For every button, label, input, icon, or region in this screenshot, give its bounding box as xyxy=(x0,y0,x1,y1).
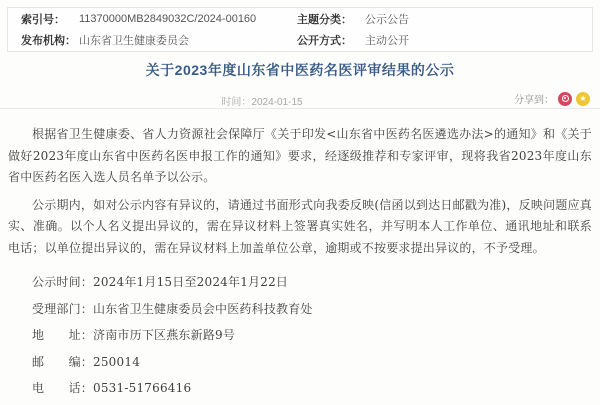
body-paragraph-basis: 根据省卫生健康委、省人力资源社会保障厅《关于印发<山东省中医药名医遴选办法>的通… xyxy=(8,124,592,189)
accepting-department-label: 受理部门： xyxy=(32,302,93,316)
contact-info-lines: 公示时间：2024年1月15日至2024年1月22日 受理部门：山东省卫生健康委… xyxy=(8,269,592,402)
address-line: 地 址：济南市历下区燕东新路9号 xyxy=(8,322,592,349)
meta-row: 时间：2024-01-15 分享到： ★ xyxy=(0,91,600,107)
accepting-department-value: 山东省卫生健康委员会中医药科技教育处 xyxy=(93,302,313,316)
share-label: 分享到： xyxy=(514,91,554,106)
phone-value: 0531-51766416 xyxy=(93,381,191,395)
share-qzone-icon[interactable]: ★ xyxy=(576,92,590,106)
share-weibo-icon[interactable] xyxy=(558,92,572,106)
index-number-value: 11370000MB2849032C/2024-00160 xyxy=(79,13,297,25)
address-label: 地 址： xyxy=(32,328,93,342)
topic-category-value: 公示公告 xyxy=(365,11,592,27)
document-info-table: 索引号： 11370000MB2849032C/2024-00160 主题分类：… xyxy=(7,7,593,52)
postal-code-line: 邮 编：250014 xyxy=(8,349,592,376)
topic-category-label: 主题分类： xyxy=(297,11,365,27)
page-title: 关于2023年度山东省中医药名医评审结果的公示 xyxy=(0,60,600,80)
disclosure-method-label: 公开方式： xyxy=(297,32,365,48)
publicity-period-label: 公示时间： xyxy=(32,275,93,289)
publicity-period-value: 2024年1月15日至2024年1月22日 xyxy=(93,275,288,289)
postal-code-label: 邮 编： xyxy=(32,355,93,369)
publish-time-label: 时间： xyxy=(221,97,251,108)
info-row: 发布机构： 山东省卫生健康委员会 公开方式： 主动公开 xyxy=(8,30,592,51)
publicity-period-line: 公示时间：2024年1月15日至2024年1月22日 xyxy=(8,269,592,296)
publish-time: 时间：2024-01-15 xyxy=(0,93,524,108)
address-value: 济南市历下区燕东新路9号 xyxy=(93,328,235,342)
share-bar: 分享到： ★ xyxy=(514,91,590,106)
header-divider xyxy=(0,108,600,109)
phone-line: 电 话：0531-51766416 xyxy=(8,375,592,402)
info-row: 索引号： 11370000MB2849032C/2024-00160 主题分类：… xyxy=(8,9,592,30)
weibo-eye-glyph xyxy=(562,95,569,102)
phone-label: 电 话： xyxy=(32,381,93,395)
accepting-department-line: 受理部门：山东省卫生健康委员会中医药科技教育处 xyxy=(8,296,592,323)
body-paragraph-objection: 公示期内，如对公示内容有异议的，请通过书面形式向我委反映(信函以到达日邮戳为准)… xyxy=(8,195,592,260)
disclosure-method-value: 主动公开 xyxy=(365,32,592,48)
postal-code-value: 250014 xyxy=(93,355,140,369)
announcement-body: 根据省卫生健康委、省人力资源社会保障厅《关于印发<山东省中医药名医遴选办法>的通… xyxy=(8,124,592,402)
issuing-agency-value: 山东省卫生健康委员会 xyxy=(79,32,297,48)
announcement-page: 索引号： 11370000MB2849032C/2024-00160 主题分类：… xyxy=(0,0,600,405)
issuing-agency-label: 发布机构： xyxy=(21,32,79,48)
publish-time-value: 2024-01-15 xyxy=(251,97,302,108)
index-number-label: 索引号： xyxy=(21,11,79,27)
